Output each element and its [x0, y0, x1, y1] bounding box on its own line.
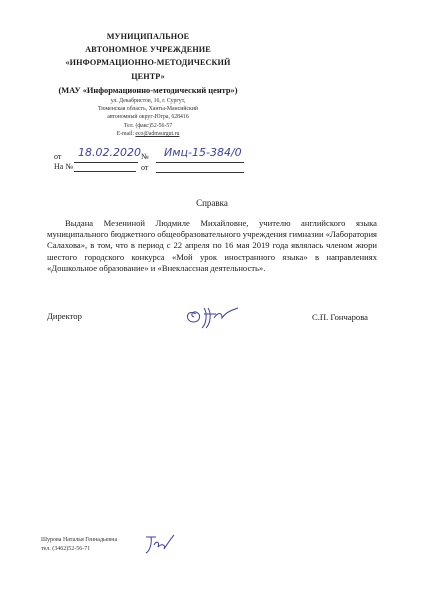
number-underline [156, 162, 244, 163]
ref-number-underline [74, 171, 136, 172]
address-line: Тюменская область, Ханты-Мансийский [60, 105, 236, 113]
org-name-line-4: ЦЕНТР» [60, 70, 236, 83]
executor-info: Шурова Наталья Геннадьевна тел. (3462)52… [41, 536, 117, 553]
org-name-line-1: МУНИЦИПАЛЬНОЕ [60, 30, 236, 43]
org-address: ул. Декабристов, 16, г. Сургут, Тюменска… [60, 97, 236, 138]
body-paragraph: Выдана Мезениной Людмиле Михайловне, учи… [47, 218, 377, 274]
number-value: Имц-15-384/0 [164, 146, 242, 159]
org-name-line-2: АВТОНОМНОЕ УЧРЕЖДЕНИЕ [60, 43, 236, 56]
number-label: № [141, 152, 149, 161]
org-name-line-3: «ИНФОРМАЦИОННО-МЕТОДИЧЕСКИЙ [60, 56, 236, 69]
address-line: автономный округ-Югра, 628416 [60, 113, 236, 121]
executor-signature-icon [142, 533, 176, 557]
org-abbreviation: (МАУ «Информационно-методический центр») [50, 86, 246, 95]
ref-number-label: На № [54, 162, 73, 171]
signatory-position: Директор [47, 311, 82, 321]
signatory-name: С.П. Гончарова [312, 312, 368, 322]
ref-date-label: от [141, 163, 148, 172]
date-underline [74, 162, 138, 163]
date-label: от [54, 152, 61, 161]
address-email: E-mail: eco@admsurgut.ru [60, 130, 236, 138]
email-link[interactable]: eco@admsurgut.ru [135, 131, 179, 137]
email-label: E-mail: [117, 131, 134, 137]
ref-date-underline [156, 172, 244, 173]
executor-name: Шурова Наталья Геннадьевна [41, 536, 117, 545]
director-signature-icon [182, 300, 242, 330]
executor-phone: тел. (3462)52-56-71 [41, 545, 117, 554]
document-title: Справка [0, 198, 424, 208]
address-line: ул. Декабристов, 16, г. Сургут, [60, 97, 236, 105]
address-phone: Тел. (факс)52-56-57 [60, 122, 236, 130]
document-body: Выдана Мезениной Людмиле Михайловне, учи… [47, 218, 377, 274]
date-value: 18.02.2020 [78, 146, 141, 159]
